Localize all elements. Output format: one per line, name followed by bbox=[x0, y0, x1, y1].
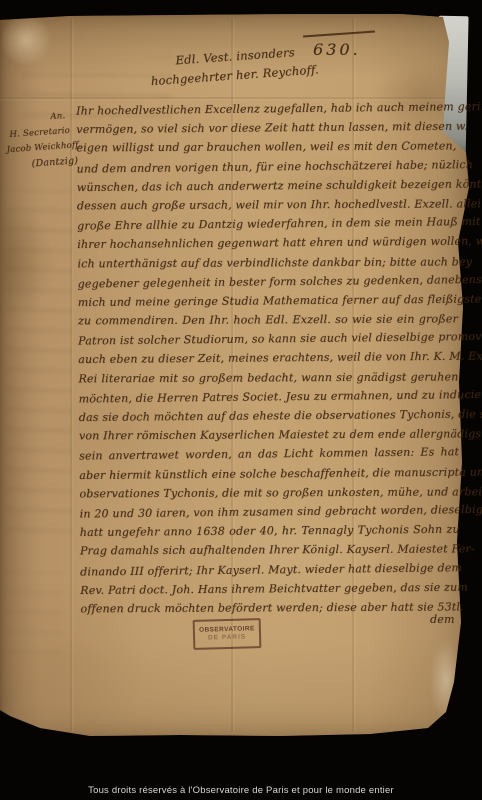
body-line: auch eben zu dieser Zeit, meines erachte… bbox=[78, 347, 458, 370]
manuscript-scan: 630. Edl. Vest. insonders hochgeehrter h… bbox=[0, 0, 482, 800]
verso-showthrough bbox=[4, 572, 64, 662]
body-line: möchten, die Herren Patres Societ. Jesu … bbox=[78, 385, 458, 408]
body-line: und dem andren vorigen thun, für eine ho… bbox=[76, 155, 456, 178]
verso-showthrough bbox=[6, 190, 72, 540]
observatoire-de-paris-stamp: OBSERVATOIRE DE PARIS bbox=[193, 618, 262, 650]
copyright-caption: Tous droits réservés à l'Observatoire de… bbox=[0, 785, 482, 796]
stamp-line: DE PARIS bbox=[208, 633, 246, 642]
letter-body: Ihr hochedlvestlichen Excellenz zugefall… bbox=[76, 98, 461, 619]
catchword: dem bbox=[430, 613, 455, 626]
body-line: gegebener gelegenheit in bester form sol… bbox=[77, 270, 457, 293]
body-line: dinando III offerirt; Ihr Kayserl. Mayt.… bbox=[80, 558, 460, 581]
body-line: Prag damahls sich aufhaltenden Ihrer Kön… bbox=[80, 540, 460, 561]
body-line: aber hiermit künstlich eine solche besch… bbox=[79, 462, 459, 485]
body-line: ihrer hochansehnlichen gegenwart hatt eh… bbox=[77, 232, 457, 255]
body-line: eigen willigst und gar brauchen wollen, … bbox=[76, 137, 456, 158]
body-line: offenen druck möchten befördert werden; … bbox=[80, 597, 460, 618]
